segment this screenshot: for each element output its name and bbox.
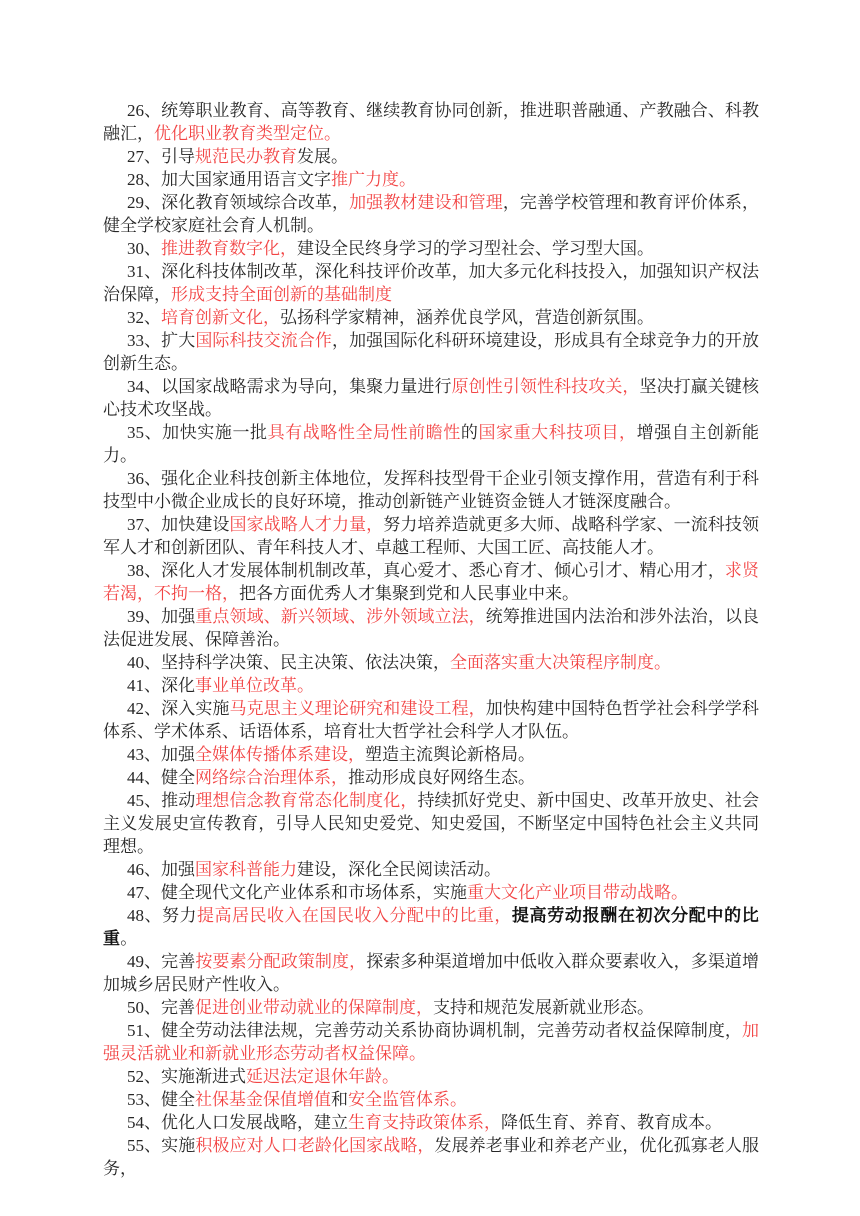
list-item: 41、深化事业单位改革。 bbox=[103, 674, 759, 697]
item-number: 49、 bbox=[127, 952, 161, 971]
text-run: 深化 bbox=[161, 676, 195, 695]
text-run: 扩大 bbox=[161, 331, 195, 350]
item-number: 54、 bbox=[127, 1113, 161, 1132]
text-run: 强化企业科技创新主体地位，发挥科技型骨干企业引领支撑作用，营造有利于科技型中小微… bbox=[103, 469, 759, 511]
text-run: 推进教育数字化， bbox=[161, 239, 297, 258]
text-run: 努力 bbox=[162, 906, 197, 925]
item-number: 48、 bbox=[127, 906, 162, 925]
text-run: 引导 bbox=[161, 147, 195, 166]
list-item: 52、实施渐进式延迟法定退休年龄。 bbox=[103, 1065, 759, 1088]
text-run: 延迟法定退休年龄。 bbox=[246, 1067, 399, 1086]
list-item: 48、努力提高居民收入在国民收入分配中的比重，提高劳动报酬在初次分配中的比重。 bbox=[103, 904, 759, 950]
list-item: 34、以国家战略需求为导向，集聚力量进行原创性引领性科技攻关，坚决打赢关键核心技… bbox=[103, 375, 759, 421]
item-number: 33、 bbox=[127, 331, 161, 350]
text-run: 支持和规范发展新就业形态。 bbox=[433, 998, 654, 1017]
text-run: 优化职业教育类型定位。 bbox=[154, 124, 341, 143]
list-item: 35、加快实施一批具有战略性全局性前瞻性的国家重大科技项目，增强自主创新能力。 bbox=[103, 421, 759, 467]
list-item: 32、培育创新文化，弘扬科学家精神，涵养优良学风，营造创新氛围。 bbox=[103, 306, 759, 329]
item-number: 30、 bbox=[127, 239, 161, 258]
list-item: 47、健全现代文化产业体系和市场体系，实施重大文化产业项目带动战略。 bbox=[103, 881, 759, 904]
list-item: 40、坚持科学决策、民主决策、依法决策，全面落实重大决策程序制度。 bbox=[103, 651, 759, 674]
list-item: 31、深化科技体制改革，深化科技评价改革，加大多元化科技投入，加强知识产权法治保… bbox=[103, 260, 759, 306]
list-item: 38、深化人才发展体制机制改革，真心爱才、悉心育才、倾心引才、精心用才，求贤若渴… bbox=[103, 559, 759, 605]
text-run: 加强 bbox=[161, 860, 195, 879]
text-run: 安全监管体系。 bbox=[348, 1090, 467, 1109]
list-item: 55、实施积极应对人口老龄化国家战略，发展养老事业和养老产业，优化孤寡老人服务， bbox=[103, 1134, 759, 1180]
item-number: 28、 bbox=[127, 170, 161, 189]
text-run: 生育支持政策体系， bbox=[348, 1113, 501, 1132]
item-number: 41、 bbox=[127, 676, 161, 695]
item-number: 39、 bbox=[127, 607, 161, 626]
text-run: 。 bbox=[120, 929, 137, 948]
item-number: 32、 bbox=[127, 308, 161, 327]
list-item: 54、优化人口发展战略，建立生育支持政策体系，降低生育、养育、教育成本。 bbox=[103, 1111, 759, 1134]
text-run: 规范民办教育 bbox=[195, 147, 297, 166]
text-run: 重点领域、新兴领域、涉外领域立法， bbox=[195, 607, 485, 626]
text-run: 健全 bbox=[161, 1090, 195, 1109]
text-run: 优化人口发展战略，建立 bbox=[161, 1113, 348, 1132]
list-item: 27、引导规范民办教育发展。 bbox=[103, 145, 759, 168]
item-number: 37、 bbox=[127, 515, 161, 534]
text-run: 完善 bbox=[161, 998, 195, 1017]
list-item: 42、深入实施马克思主义理论研究和建设工程，加快构建中国特色哲学社会科学学科体系… bbox=[103, 697, 759, 743]
text-run: 的 bbox=[461, 423, 479, 442]
text-run: 积极应对人口老龄化国家战略， bbox=[195, 1136, 434, 1155]
text-run: 健全劳动法律法规，完善劳动关系协商协调机制，完善劳动者权益保障制度， bbox=[161, 1021, 742, 1040]
text-run: 按要素分配政策制度， bbox=[195, 952, 366, 971]
text-run: 加强教材建设和管理 bbox=[349, 193, 503, 212]
item-number: 50、 bbox=[127, 998, 161, 1017]
text-run: 实施 bbox=[161, 1136, 195, 1155]
text-run: 深入实施 bbox=[161, 699, 229, 718]
item-number: 53、 bbox=[127, 1090, 161, 1109]
item-number: 35、 bbox=[127, 423, 162, 442]
text-run: 塑造主流舆论新格局。 bbox=[365, 745, 535, 764]
list-item: 45、推动理想信念教育常态化制度化，持续抓好党史、新中国史、改革开放史、社会主义… bbox=[103, 789, 759, 858]
text-run: 形成支持全面创新的基础制度 bbox=[171, 285, 392, 304]
item-number: 44、 bbox=[127, 768, 161, 787]
item-number: 47、 bbox=[127, 883, 161, 902]
text-run: 事业单位改革。 bbox=[195, 676, 314, 695]
text-run: 重大文化产业项目带动战略。 bbox=[467, 883, 688, 902]
text-run: 加强 bbox=[161, 745, 195, 764]
item-number: 40、 bbox=[127, 653, 161, 672]
text-run: 网络综合治理体系， bbox=[195, 768, 348, 787]
text-run: 加快建设 bbox=[161, 515, 229, 534]
text-run: 加快实施一批 bbox=[162, 423, 267, 442]
text-run: 发展。 bbox=[297, 147, 348, 166]
item-number: 43、 bbox=[127, 745, 161, 764]
list-item: 33、扩大国际科技交流合作，加强国际化科研环境建设，形成具有全球竞争力的开放创新… bbox=[103, 329, 759, 375]
text-run: 提高居民收入在国民收入分配中的比重， bbox=[197, 906, 512, 925]
item-number: 46、 bbox=[127, 860, 161, 879]
item-number: 31、 bbox=[127, 262, 161, 281]
text-run: 完善 bbox=[161, 952, 195, 971]
text-run: 实施渐进式 bbox=[161, 1067, 246, 1086]
text-run: 理想信念教育常态化制度化， bbox=[195, 791, 417, 810]
item-number: 34、 bbox=[127, 377, 161, 396]
text-run: 深化教育领域综合改革， bbox=[161, 193, 349, 212]
list-item: 37、加快建设国家战略人才力量，努力培养造就更多大师、战略科学家、一流科技领军人… bbox=[103, 513, 759, 559]
text-run: 把各方面优秀人才集聚到党和人民事业中来。 bbox=[239, 584, 579, 603]
item-number: 52、 bbox=[127, 1067, 161, 1086]
item-number: 29、 bbox=[127, 193, 161, 212]
text-run: 马克思主义理论研究和建设工程， bbox=[230, 699, 486, 718]
item-number: 55、 bbox=[127, 1136, 161, 1155]
list-item: 36、强化企业科技创新主体地位，发挥科技型骨干企业引领支撑作用，营造有利于科技型… bbox=[103, 467, 759, 513]
document-page: 26、统筹职业教育、高等教育、继续教育协同创新，推进职普融通、产教融合、科教融汇… bbox=[0, 0, 860, 1216]
numbered-list: 26、统筹职业教育、高等教育、继续教育协同创新，推进职普融通、产教融合、科教融汇… bbox=[103, 99, 759, 1180]
text-run: 健全现代文化产业体系和市场体系，实施 bbox=[161, 883, 467, 902]
list-item: 26、统筹职业教育、高等教育、继续教育协同创新，推进职普融通、产教融合、科教融汇… bbox=[103, 99, 759, 145]
text-run: 推动形成良好网络生态。 bbox=[348, 768, 535, 787]
text-run: 社保基金保值增值 bbox=[195, 1090, 331, 1109]
list-item: 53、健全社保基金保值增值和安全监管体系。 bbox=[103, 1088, 759, 1111]
text-run: 坚持科学决策、民主决策、依法决策， bbox=[161, 653, 450, 672]
text-run: 加强 bbox=[161, 607, 195, 626]
list-item: 44、健全网络综合治理体系，推动形成良好网络生态。 bbox=[103, 766, 759, 789]
list-item: 51、健全劳动法律法规，完善劳动关系协商协调机制，完善劳动者权益保障制度，加强灵… bbox=[103, 1019, 759, 1065]
item-number: 38、 bbox=[127, 561, 161, 580]
text-run: 具有战略性全局性前瞻性 bbox=[268, 423, 461, 442]
text-run: 培育创新文化， bbox=[161, 308, 280, 327]
text-run: 国家战略人才力量， bbox=[230, 515, 384, 534]
text-run: 促进创业带动就业的保障制度， bbox=[195, 998, 433, 1017]
list-item: 46、加强国家科普能力建设，深化全民阅读活动。 bbox=[103, 858, 759, 881]
text-run: 降低生育、养育、教育成本。 bbox=[501, 1113, 722, 1132]
list-item: 43、加强全媒体传播体系建设，塑造主流舆论新格局。 bbox=[103, 743, 759, 766]
item-number: 27、 bbox=[127, 147, 161, 166]
list-item: 28、加大国家通用语言文字推广力度。 bbox=[103, 168, 759, 191]
list-item: 29、深化教育领域综合改革，加强教材建设和管理，完善学校管理和教育评价体系，健全… bbox=[103, 191, 759, 237]
list-item: 50、完善促进创业带动就业的保障制度，支持和规范发展新就业形态。 bbox=[103, 996, 759, 1019]
item-number: 51、 bbox=[127, 1021, 161, 1040]
item-number: 45、 bbox=[127, 791, 161, 810]
text-run: 建设全民终身学习的学习型社会、学习型大国。 bbox=[297, 239, 654, 258]
text-run: 国家科普能力 bbox=[195, 860, 297, 879]
list-item: 39、加强重点领域、新兴领域、涉外领域立法，统筹推进国内法治和涉外法治，以良法促… bbox=[103, 605, 759, 651]
item-number: 36、 bbox=[127, 469, 161, 488]
text-run: 全面落实重大决策程序制度。 bbox=[450, 653, 671, 672]
list-item: 49、完善按要素分配政策制度，探索多种渠道增加中低收入群众要素收入，多渠道增加城… bbox=[103, 950, 759, 996]
text-run: 健全 bbox=[161, 768, 195, 787]
text-run: 和 bbox=[331, 1090, 348, 1109]
text-run: 弘扬科学家精神，涵养优良学风，营造创新氛围。 bbox=[280, 308, 654, 327]
text-run: 国际科技交流合作 bbox=[195, 331, 332, 350]
item-number: 26、 bbox=[127, 101, 161, 120]
text-run: 全媒体传播体系建设， bbox=[195, 745, 365, 764]
item-number: 42、 bbox=[127, 699, 161, 718]
text-run: 以国家战略需求为导向，集聚力量进行 bbox=[161, 377, 451, 396]
text-run: 国家重大科技项目， bbox=[478, 423, 636, 442]
text-run: 推动 bbox=[161, 791, 195, 810]
list-item: 30、推进教育数字化，建设全民终身学习的学习型社会、学习型大国。 bbox=[103, 237, 759, 260]
text-run: 原创性引领性科技攻关， bbox=[452, 377, 640, 396]
text-run: 建设，深化全民阅读活动。 bbox=[297, 860, 501, 879]
text-run: 推广力度。 bbox=[331, 170, 416, 189]
text-run: 加大国家通用语言文字 bbox=[161, 170, 331, 189]
text-run: 深化人才发展体制机制改革，真心爱才、悉心育才、倾心引才、精心用才， bbox=[161, 561, 725, 580]
